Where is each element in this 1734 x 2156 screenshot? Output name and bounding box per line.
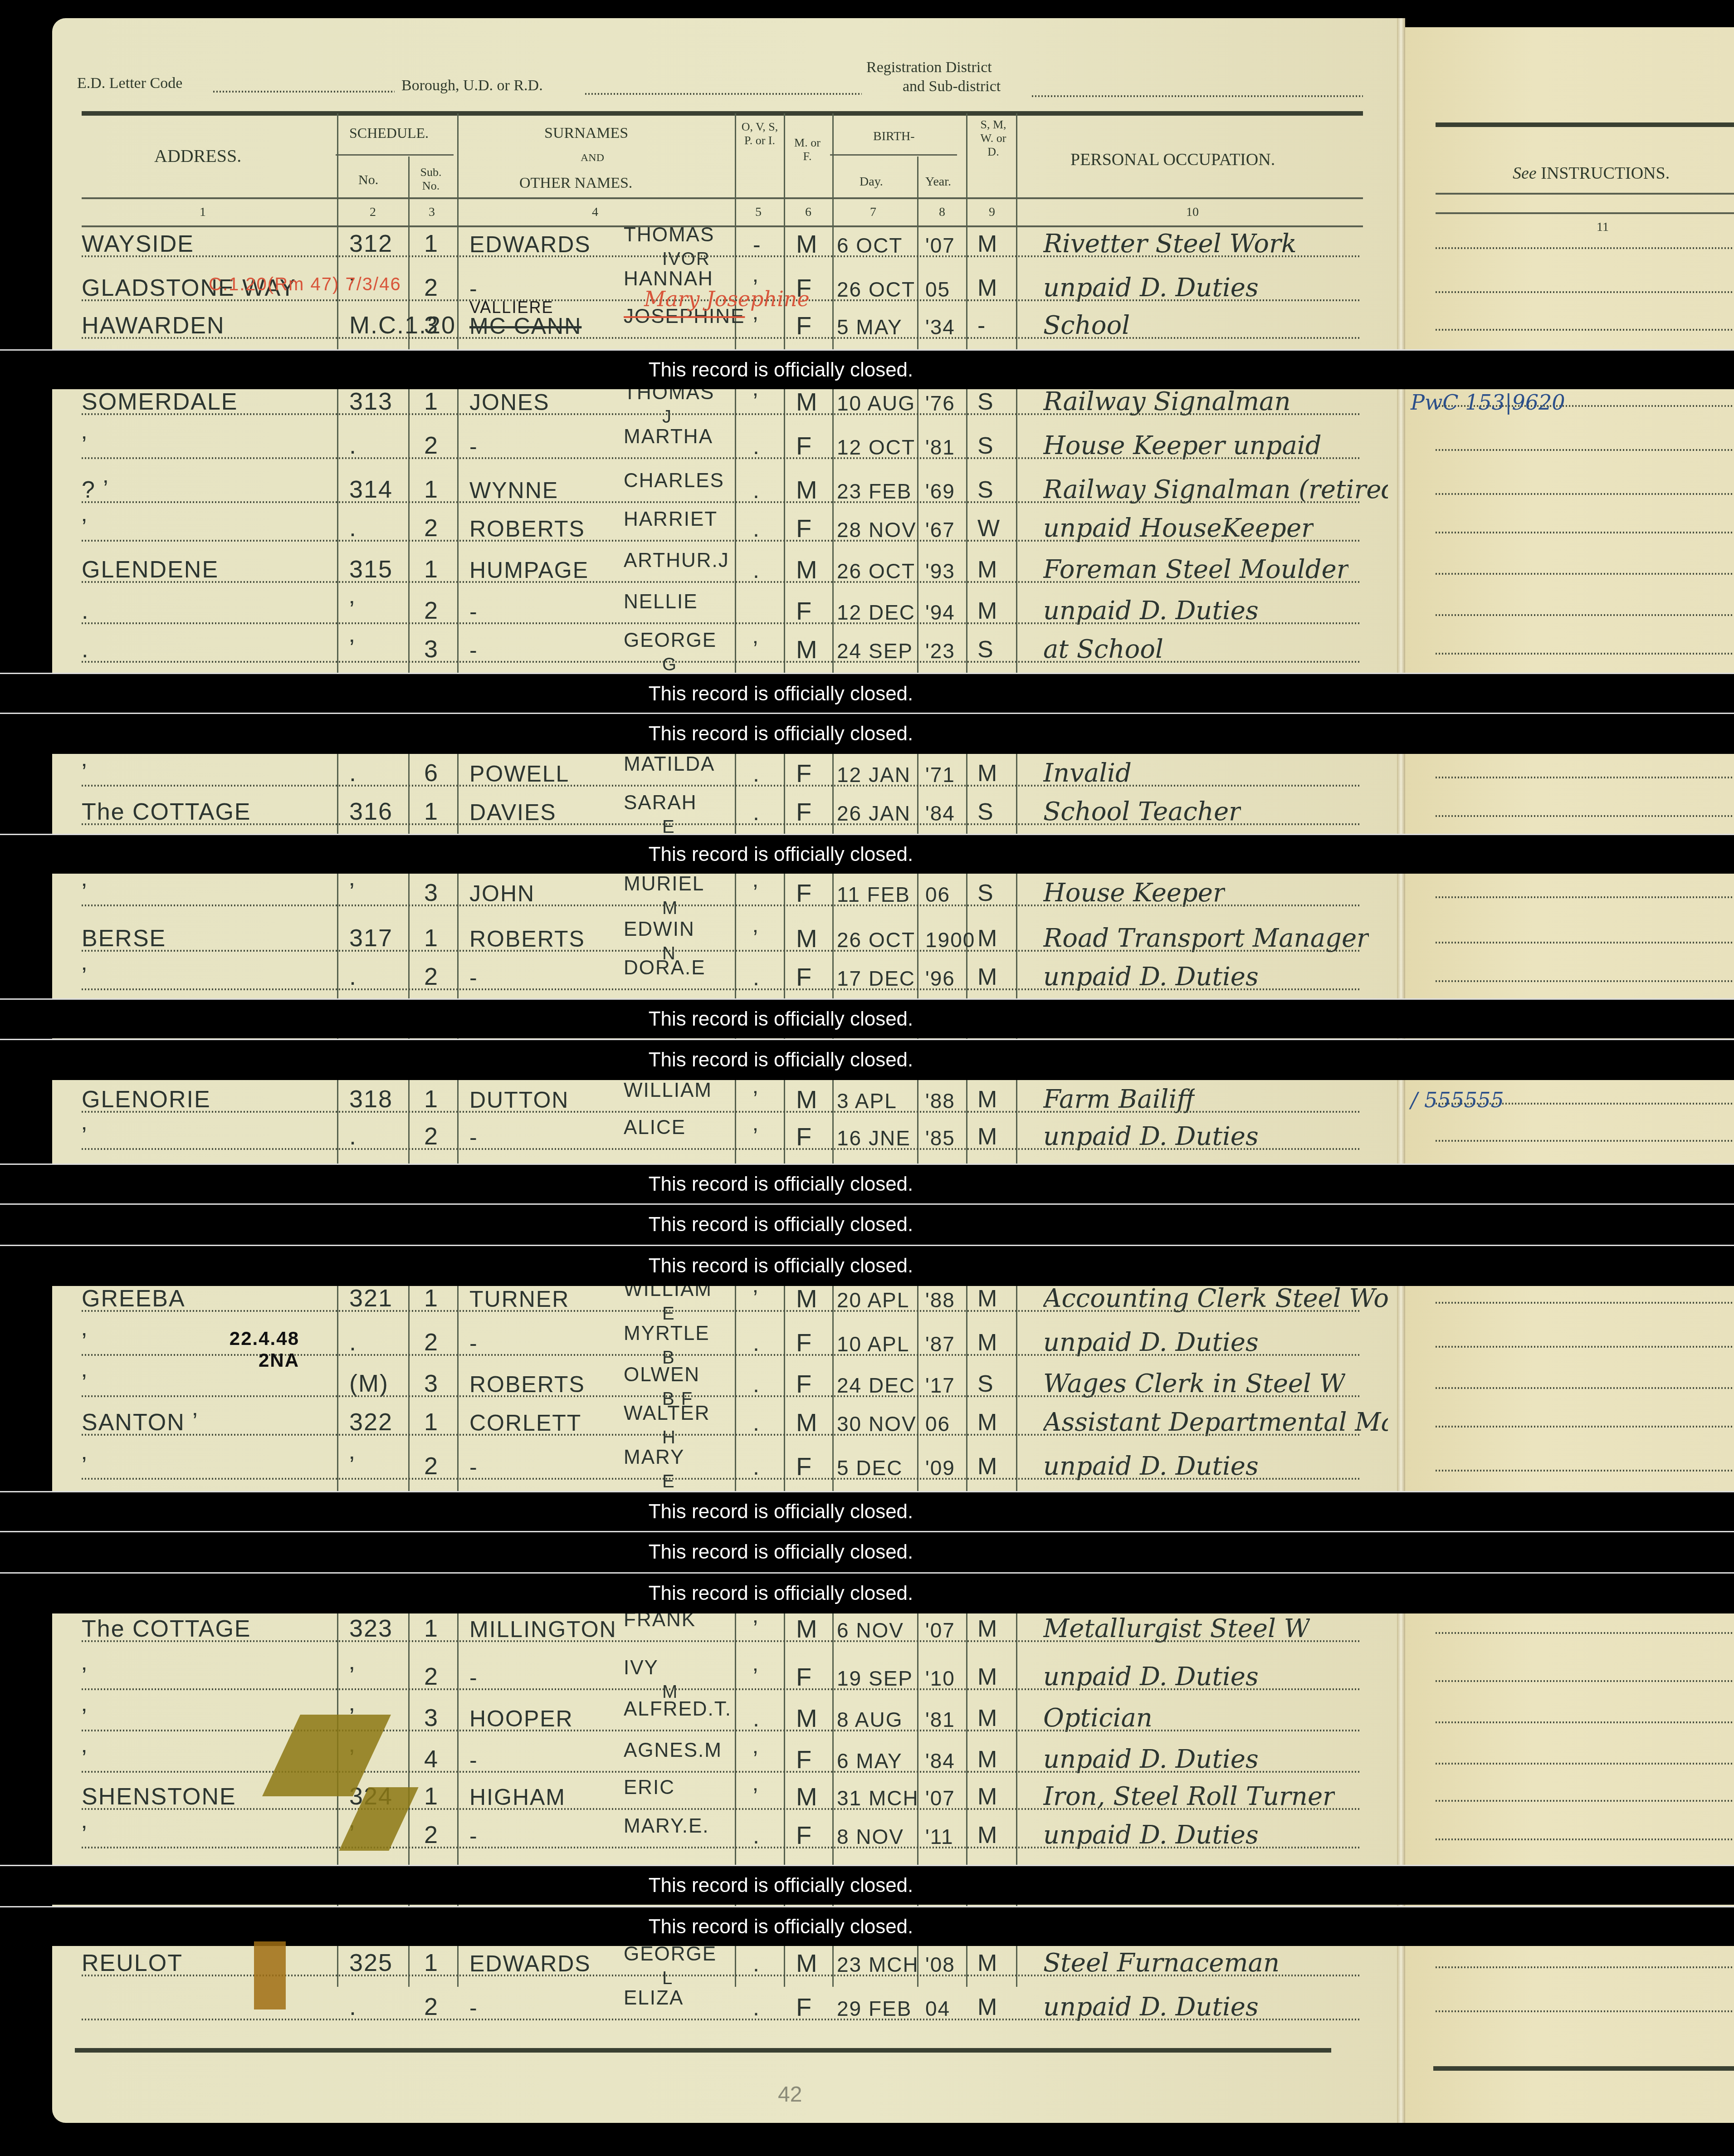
cell-sub: 2 xyxy=(424,431,439,460)
cell-status: M xyxy=(977,1746,998,1773)
cell-day: 12 DEC xyxy=(837,600,915,625)
cell-status: M xyxy=(977,556,998,583)
col-header-m-or-f: M. or F. xyxy=(791,136,823,163)
cell-sub: 4 xyxy=(424,1745,439,1773)
header-bottom-rule xyxy=(82,225,1363,227)
page-bottom-rule xyxy=(75,2048,1331,2053)
cell-surname: EDWARDS xyxy=(469,1951,591,1977)
cell-forename: ALICE xyxy=(624,1116,686,1139)
cell-address: ʼ xyxy=(82,515,88,542)
cell-status: M xyxy=(977,1950,998,1977)
cell-year: '09 xyxy=(925,1456,955,1480)
row-rule-right xyxy=(1436,247,1734,249)
row-rule xyxy=(82,1688,1361,1690)
row-rule-right xyxy=(1436,653,1734,655)
cell-forename2: E xyxy=(662,1304,675,1324)
cell-ovspi: . xyxy=(753,761,760,787)
cell-occupation: Invalid xyxy=(1043,758,1132,788)
cell-day: 5 DEC xyxy=(837,1456,903,1480)
closed-record-notice: This record is officially closed. xyxy=(649,1213,913,1236)
cell-occupation: Iron, Steel Roll Turner xyxy=(1043,1782,1335,1811)
closed-record-bar: This record is officially closed. xyxy=(0,673,1734,714)
cell-occupation: Rivetter Steel Work xyxy=(1043,229,1297,259)
cell-day: 10 AUG xyxy=(837,391,915,416)
cell-occupation: unpaid D. Duties xyxy=(1043,1328,1259,1357)
cell-sub: 2 xyxy=(424,1452,439,1480)
row-rule xyxy=(82,337,1361,339)
cell-forename2: H xyxy=(662,1428,676,1448)
cell-forename: OLWEN xyxy=(624,1364,700,1386)
cell-sex: M xyxy=(796,635,818,664)
cell-day: 31 MCH xyxy=(837,1786,919,1810)
cell-year: '67 xyxy=(925,518,955,542)
cell-sub: 1 xyxy=(424,230,439,258)
cell-ovspi: ʼ xyxy=(753,1124,759,1150)
cell-sub: 2 xyxy=(424,963,439,991)
closed-record-notice: This record is officially closed. xyxy=(649,1255,913,1277)
cell-forename: NELLIE xyxy=(624,591,698,613)
cell-status: M xyxy=(977,1994,998,2021)
row-rule-right xyxy=(1436,942,1734,944)
row-rule-right xyxy=(1436,1140,1734,1142)
row-rule xyxy=(82,255,1361,257)
cell-status: M xyxy=(977,1123,998,1150)
cell-status: S xyxy=(977,388,994,416)
cell-day: 16 JNE xyxy=(837,1126,911,1150)
cell-occupation: at School xyxy=(1043,635,1163,664)
row-rule-right xyxy=(1436,1838,1734,1840)
cell-address: . xyxy=(82,597,89,625)
cell-schedule: 318 xyxy=(349,1085,393,1113)
row-rule xyxy=(82,1808,1361,1810)
closed-record-notice: This record is officially closed. xyxy=(649,1874,913,1897)
cell-ovspi: ʼ xyxy=(753,1087,759,1113)
cell-occupation: unpaid D. Duties xyxy=(1043,273,1259,303)
registration-district-field xyxy=(1032,95,1363,97)
cell-status: M xyxy=(977,1086,998,1113)
closed-record-notice: This record is officially closed. xyxy=(649,1049,913,1071)
cell-year: 05 xyxy=(925,277,950,302)
closed-record-notice: This record is officially closed. xyxy=(649,1008,913,1031)
cell-sub: 3 xyxy=(424,635,439,663)
column-number: 2 xyxy=(370,205,376,220)
cell-sub: 3 xyxy=(424,1704,439,1732)
cell-year: '76 xyxy=(925,391,955,416)
cell-schedule: ʼ xyxy=(349,596,356,625)
cell-forename: CHARLES xyxy=(624,469,724,492)
cell-sub: 2 xyxy=(424,1328,439,1356)
closed-record-notice: This record is officially closed. xyxy=(649,359,913,381)
cell-status: S xyxy=(977,476,994,504)
cell-status: M xyxy=(977,274,998,302)
cell-address: . xyxy=(82,636,89,663)
cell-occupation: unpaid D. Duties xyxy=(1043,1122,1259,1151)
cell-year: '94 xyxy=(925,600,955,625)
cell-forename2: J xyxy=(662,407,672,427)
cell-ovspi: . xyxy=(753,1371,760,1398)
cell-occupation: Road Transport Manager xyxy=(1043,924,1369,953)
cell-year: '84 xyxy=(925,1749,955,1773)
cell-status: S xyxy=(977,1370,994,1398)
row-rule xyxy=(82,1640,1361,1642)
instructions-label: INSTRUCTIONS. xyxy=(1541,164,1670,183)
cell-year: '07 xyxy=(925,1786,955,1810)
closed-record-bar: This record is officially closed. xyxy=(0,998,1734,1038)
cell-sub: 3 xyxy=(424,1369,439,1398)
cell-year: 04 xyxy=(925,1996,950,2021)
closed-record-notice: This record is officially closed. xyxy=(649,1173,913,1196)
cell-day: 26 OCT xyxy=(837,277,915,302)
cell-occupation: unpaid D. Duties xyxy=(1043,1452,1259,1481)
closed-record-bar: This record is officially closed. xyxy=(0,834,1734,874)
cell-day: 26 OCT xyxy=(837,559,915,583)
cell-address: ʼ xyxy=(82,760,88,787)
cell-forename2: IVOR xyxy=(662,249,710,269)
cell-ovspi: ʼ xyxy=(753,1664,759,1691)
cell-address: ʼ xyxy=(82,1822,88,1849)
row-rule-right xyxy=(1436,614,1734,616)
cell-day: 12 JAN xyxy=(837,763,911,787)
col-header-surnames: SURNAMES xyxy=(544,125,628,142)
birth-subrule xyxy=(830,154,957,156)
cell-ovspi: . xyxy=(753,1995,760,2021)
cell-day: 19 SEP xyxy=(837,1666,913,1691)
cell-sex: M xyxy=(796,1408,818,1437)
closed-record-notice: This record is officially closed. xyxy=(649,843,913,866)
cell-status: S xyxy=(977,880,994,907)
cell-sex: F xyxy=(796,1992,812,2022)
cell-sex: M xyxy=(796,1614,818,1643)
row-rule xyxy=(82,1847,1361,1848)
cell-surname: DUTTON xyxy=(469,1087,569,1113)
cell-sub: 2 xyxy=(424,514,439,542)
row-rule-right xyxy=(1436,1632,1734,1634)
cell-status: M xyxy=(977,597,998,625)
page-bottom-rule-right xyxy=(1433,2066,1734,2071)
cell-forename: WALTER xyxy=(624,1402,710,1425)
cell-day: 3 APL xyxy=(837,1089,897,1113)
col-header-birth-day: Day. xyxy=(860,175,883,189)
cell-address: GREEBA xyxy=(82,1285,186,1312)
cell-surname: - xyxy=(469,1747,478,1773)
cell-sub: 6 xyxy=(424,759,439,787)
closed-record-bar: This record is officially closed. xyxy=(0,1491,1734,1531)
annotation-annotation-blue: PwC 153|9620 xyxy=(1411,390,1565,415)
cell-ovspi: . xyxy=(753,557,760,583)
annotation-surname-correction: VALLIERE xyxy=(469,298,553,317)
row-rule-right xyxy=(1436,815,1734,817)
borough-label: Borough, U.D. or R.D. xyxy=(401,77,543,94)
cell-sex: M xyxy=(796,1948,818,1978)
cell-sex: F xyxy=(796,1122,812,1151)
cell-sex: F xyxy=(796,1369,812,1398)
cell-year: '93 xyxy=(925,559,955,583)
row-rule-right xyxy=(1436,493,1734,495)
row-rule xyxy=(82,1478,1361,1480)
row-rule xyxy=(82,457,1361,459)
cell-year: '08 xyxy=(925,1952,955,1977)
cell-day: 10 APL xyxy=(837,1332,909,1356)
cell-forename: WILLIAM xyxy=(624,1079,712,1102)
closed-record-bar: This record is officially closed. xyxy=(0,713,1734,754)
cell-sex: M xyxy=(796,229,818,259)
cell-address: WAYSIDE xyxy=(82,230,194,258)
row-rule xyxy=(82,950,1361,952)
cell-status: W xyxy=(977,515,1001,542)
row-rule xyxy=(82,1148,1361,1150)
cell-occupation: Accounting Clerk Steel Wo xyxy=(1043,1284,1388,1313)
annotation-annotation-red: C.1.20(Rm 47) 7/3/46 xyxy=(209,274,401,295)
row-rule xyxy=(82,540,1361,542)
cell-sex: F xyxy=(796,431,812,460)
closed-record-bar: This record is officially closed. xyxy=(0,1245,1734,1286)
cell-status: M xyxy=(977,1705,998,1732)
cell-surname: ROBERTS xyxy=(469,926,585,952)
row-rule xyxy=(82,823,1361,825)
cell-address: The COTTAGE xyxy=(82,798,251,826)
cell-forename: THOMAS xyxy=(624,224,714,246)
cell-occupation: School Teacher xyxy=(1043,797,1241,826)
cell-occupation: Assistant Departmental Manager Steel She… xyxy=(1043,1408,1388,1437)
row-rule-right xyxy=(1436,449,1734,451)
row-rule xyxy=(82,1310,1361,1312)
row-rule-right xyxy=(1436,980,1734,982)
cell-year: 06 xyxy=(925,1412,950,1436)
cell-surname: HUMPAGE xyxy=(469,557,589,583)
cell-surname: ROBERTS xyxy=(469,1371,585,1398)
cell-occupation: School xyxy=(1043,311,1130,340)
closed-record-bar: This record is officially closed. xyxy=(0,1531,1734,1572)
cell-sub: 2 xyxy=(424,1993,439,2021)
row-rule xyxy=(82,988,1361,990)
col-header-birth-year: Year. xyxy=(925,175,951,189)
cell-forename: ALFRED.T. xyxy=(624,1698,732,1721)
cell-ovspi: ʼ xyxy=(753,1616,759,1643)
cell-day: 29 FEB xyxy=(837,1996,912,2021)
cell-year: '81 xyxy=(925,435,955,460)
row-rule xyxy=(82,1730,1361,1731)
row-rule-right xyxy=(1436,1470,1734,1472)
cell-day: 23 MCH xyxy=(837,1952,919,1977)
row-rule-right xyxy=(1436,532,1734,533)
cell-surname: - xyxy=(469,433,478,460)
cell-status: M xyxy=(977,1822,998,1849)
cell-day: 12 OCT xyxy=(837,435,915,460)
cell-surname: - xyxy=(469,637,478,663)
cell-sub: 1 xyxy=(424,387,439,416)
cell-day: 28 NOV xyxy=(837,518,917,542)
row-rule xyxy=(82,785,1361,787)
cell-sex: F xyxy=(796,1452,812,1481)
cell-occupation: unpaid D. Duties xyxy=(1043,962,1259,992)
cell-schedule: ʼ xyxy=(349,1452,356,1480)
cell-ovspi: ʼ xyxy=(753,880,759,907)
col-header-sub-no: Sub. No. xyxy=(415,166,447,193)
cell-schedule: . xyxy=(349,1122,357,1150)
cell-schedule: . xyxy=(349,1328,357,1356)
cell-sub: 3 xyxy=(424,879,439,907)
cell-status: S xyxy=(977,798,994,826)
cell-address: ʼ xyxy=(82,1453,88,1480)
column-number: 5 xyxy=(755,205,762,220)
column-number: 8 xyxy=(939,205,945,220)
col-header-instructions: See INSTRUCTIONS. xyxy=(1513,163,1670,183)
cell-sub: 2 xyxy=(424,1122,439,1150)
cell-forename: GEORGE xyxy=(624,1943,717,1965)
cell-address: SOMERDALE xyxy=(82,388,238,416)
row-rule xyxy=(82,904,1361,906)
cell-surname: ROBERTS xyxy=(469,516,585,542)
cell-sex: M xyxy=(796,924,818,953)
cell-year: '88 xyxy=(925,1089,955,1113)
col-header-and: AND xyxy=(581,152,604,164)
cell-ovspi: . xyxy=(753,1454,760,1480)
cell-day: 23 FEB xyxy=(837,479,912,504)
cell-status: M xyxy=(977,963,998,991)
cell-status: M xyxy=(977,760,998,787)
closed-record-notice: This record is officially closed. xyxy=(649,723,913,745)
cell-sub: 1 xyxy=(424,475,439,504)
annotation-annotation-blue: / 555555 xyxy=(1411,1088,1504,1112)
cell-surname: JOHN xyxy=(469,880,535,907)
row-rule-right xyxy=(1436,1800,1734,1802)
cell-sex: F xyxy=(796,311,812,340)
cell-status: M xyxy=(977,1663,998,1691)
column-number: 10 xyxy=(1186,205,1199,220)
row-rule-right xyxy=(1436,1680,1734,1682)
row-rule xyxy=(82,413,1361,415)
cell-surname: DAVIES xyxy=(469,799,557,826)
cell-occupation: Foreman Steel Moulder xyxy=(1043,555,1348,584)
cell-sex: M xyxy=(796,475,818,504)
cell-address: BERSE xyxy=(82,925,166,952)
row-rule xyxy=(82,661,1361,663)
cell-forename: MURIEL xyxy=(624,873,704,895)
cell-forename2: L xyxy=(662,1968,673,1989)
cell-schedule: M.C.1.20 xyxy=(349,311,456,339)
cell-year: '07 xyxy=(925,1618,955,1643)
cell-address: GLENORIE xyxy=(82,1086,211,1113)
cell-status: M xyxy=(977,1453,998,1480)
closed-record-notice: This record is officially closed. xyxy=(649,1541,913,1564)
cell-occupation: unpaid D. Duties xyxy=(1043,1820,1259,1850)
cell-address: ʼ xyxy=(82,880,88,907)
column-number: 4 xyxy=(592,205,598,220)
closed-record-notice: This record is officially closed. xyxy=(649,1501,913,1523)
cell-schedule: 322 xyxy=(349,1408,393,1436)
schedule-subrule xyxy=(336,154,454,156)
cell-forename: HARRIET xyxy=(624,508,718,531)
cell-forename: EDWIN xyxy=(624,918,695,941)
cell-address: SHENSTONE xyxy=(82,1783,236,1810)
cell-sex: F xyxy=(796,797,812,826)
cell-surname: - xyxy=(469,1995,478,2021)
cell-status: M xyxy=(977,925,998,952)
cell-year: '07 xyxy=(925,233,955,258)
instructions-prefix: See xyxy=(1513,164,1537,183)
cell-status: - xyxy=(977,312,986,339)
cell-ovspi: . xyxy=(753,1823,760,1849)
cell-forename: IVY xyxy=(624,1657,659,1679)
cell-address: The COTTAGE xyxy=(82,1615,251,1643)
cell-surname: - xyxy=(469,1823,478,1849)
cell-status: S xyxy=(977,636,994,663)
cell-schedule: (M) xyxy=(349,1369,389,1398)
cell-address: HAWARDEN xyxy=(82,312,225,339)
cell-surname: JONES xyxy=(469,389,550,416)
row-rule xyxy=(82,501,1361,503)
header-top-rule xyxy=(82,111,1363,116)
cell-sub: 2 xyxy=(424,596,439,625)
header-mid-rule-right xyxy=(1436,193,1734,195)
cell-occupation: unpaid D. Duties xyxy=(1043,1992,1259,2022)
cell-address: ʼ xyxy=(82,963,88,991)
cell-sex: F xyxy=(796,878,812,908)
cell-status: M xyxy=(977,230,998,258)
row-rule xyxy=(82,1395,1361,1397)
row-rule-right xyxy=(1436,1426,1734,1428)
column-number: 6 xyxy=(805,205,811,220)
cell-surname: - xyxy=(469,964,478,991)
col-header-birth: BIRTH- xyxy=(873,129,915,144)
row-rule-right xyxy=(1436,1763,1734,1765)
cell-sex: M xyxy=(796,387,818,416)
cell-day: 26 OCT xyxy=(837,928,915,952)
cell-address: REULOT xyxy=(82,1950,183,1977)
cell-day: 20 APL xyxy=(837,1288,909,1312)
cell-sub: 2 xyxy=(424,1662,439,1691)
row-rule xyxy=(82,622,1361,624)
col-header-occupation: PERSONAL OCCUPATION. xyxy=(1070,150,1275,170)
cell-day: 6 NOV xyxy=(837,1618,904,1643)
closed-record-notice: This record is officially closed. xyxy=(649,1916,913,1938)
cell-sex: F xyxy=(796,513,812,543)
cell-ovspi: ʼ xyxy=(753,1747,759,1773)
cell-sex: M xyxy=(796,555,818,584)
cell-year: '11 xyxy=(925,1824,954,1849)
row-rule-right xyxy=(1436,329,1734,331)
row-rule-right xyxy=(1436,1721,1734,1723)
cell-year: '23 xyxy=(925,639,955,663)
annotation-forename-correction: Mary Josephine xyxy=(644,287,810,311)
cell-occupation: Railway Signalman (retired) xyxy=(1043,475,1388,504)
cell-occupation: unpaid HouseKeeper xyxy=(1043,513,1314,543)
cell-forename2: E xyxy=(662,1472,675,1492)
row-rule-right xyxy=(1436,896,1734,898)
cell-schedule: 317 xyxy=(349,924,393,952)
cell-day: 24 DEC xyxy=(837,1373,915,1398)
cell-year: '85 xyxy=(925,1126,955,1150)
cell-forename: MARTHA xyxy=(624,425,713,448)
col-header-ovspi: O, V, S, P. or I. xyxy=(739,120,780,147)
cell-sub: 2 xyxy=(424,1821,439,1849)
cell-day: 11 FEB xyxy=(837,882,910,907)
cell-sex: F xyxy=(796,758,812,788)
col-header-smwd: S, M, W. or D. xyxy=(977,118,1009,159)
row-rule xyxy=(82,1111,1361,1113)
cell-schedule: 313 xyxy=(349,387,393,416)
cell-sex: M xyxy=(796,1782,818,1811)
cell-forename: MYRTLE xyxy=(624,1322,710,1345)
cell-surname: POWELL xyxy=(469,761,569,787)
row-rule-right xyxy=(1436,1346,1734,1348)
cell-sub: 1 xyxy=(424,1949,439,1977)
cell-occupation: House Keeper xyxy=(1043,878,1225,908)
row-rule xyxy=(82,1434,1361,1436)
cell-forename: GEORGE xyxy=(624,629,717,652)
cell-year: '34 xyxy=(925,315,955,339)
cell-sex: F xyxy=(796,1820,812,1850)
